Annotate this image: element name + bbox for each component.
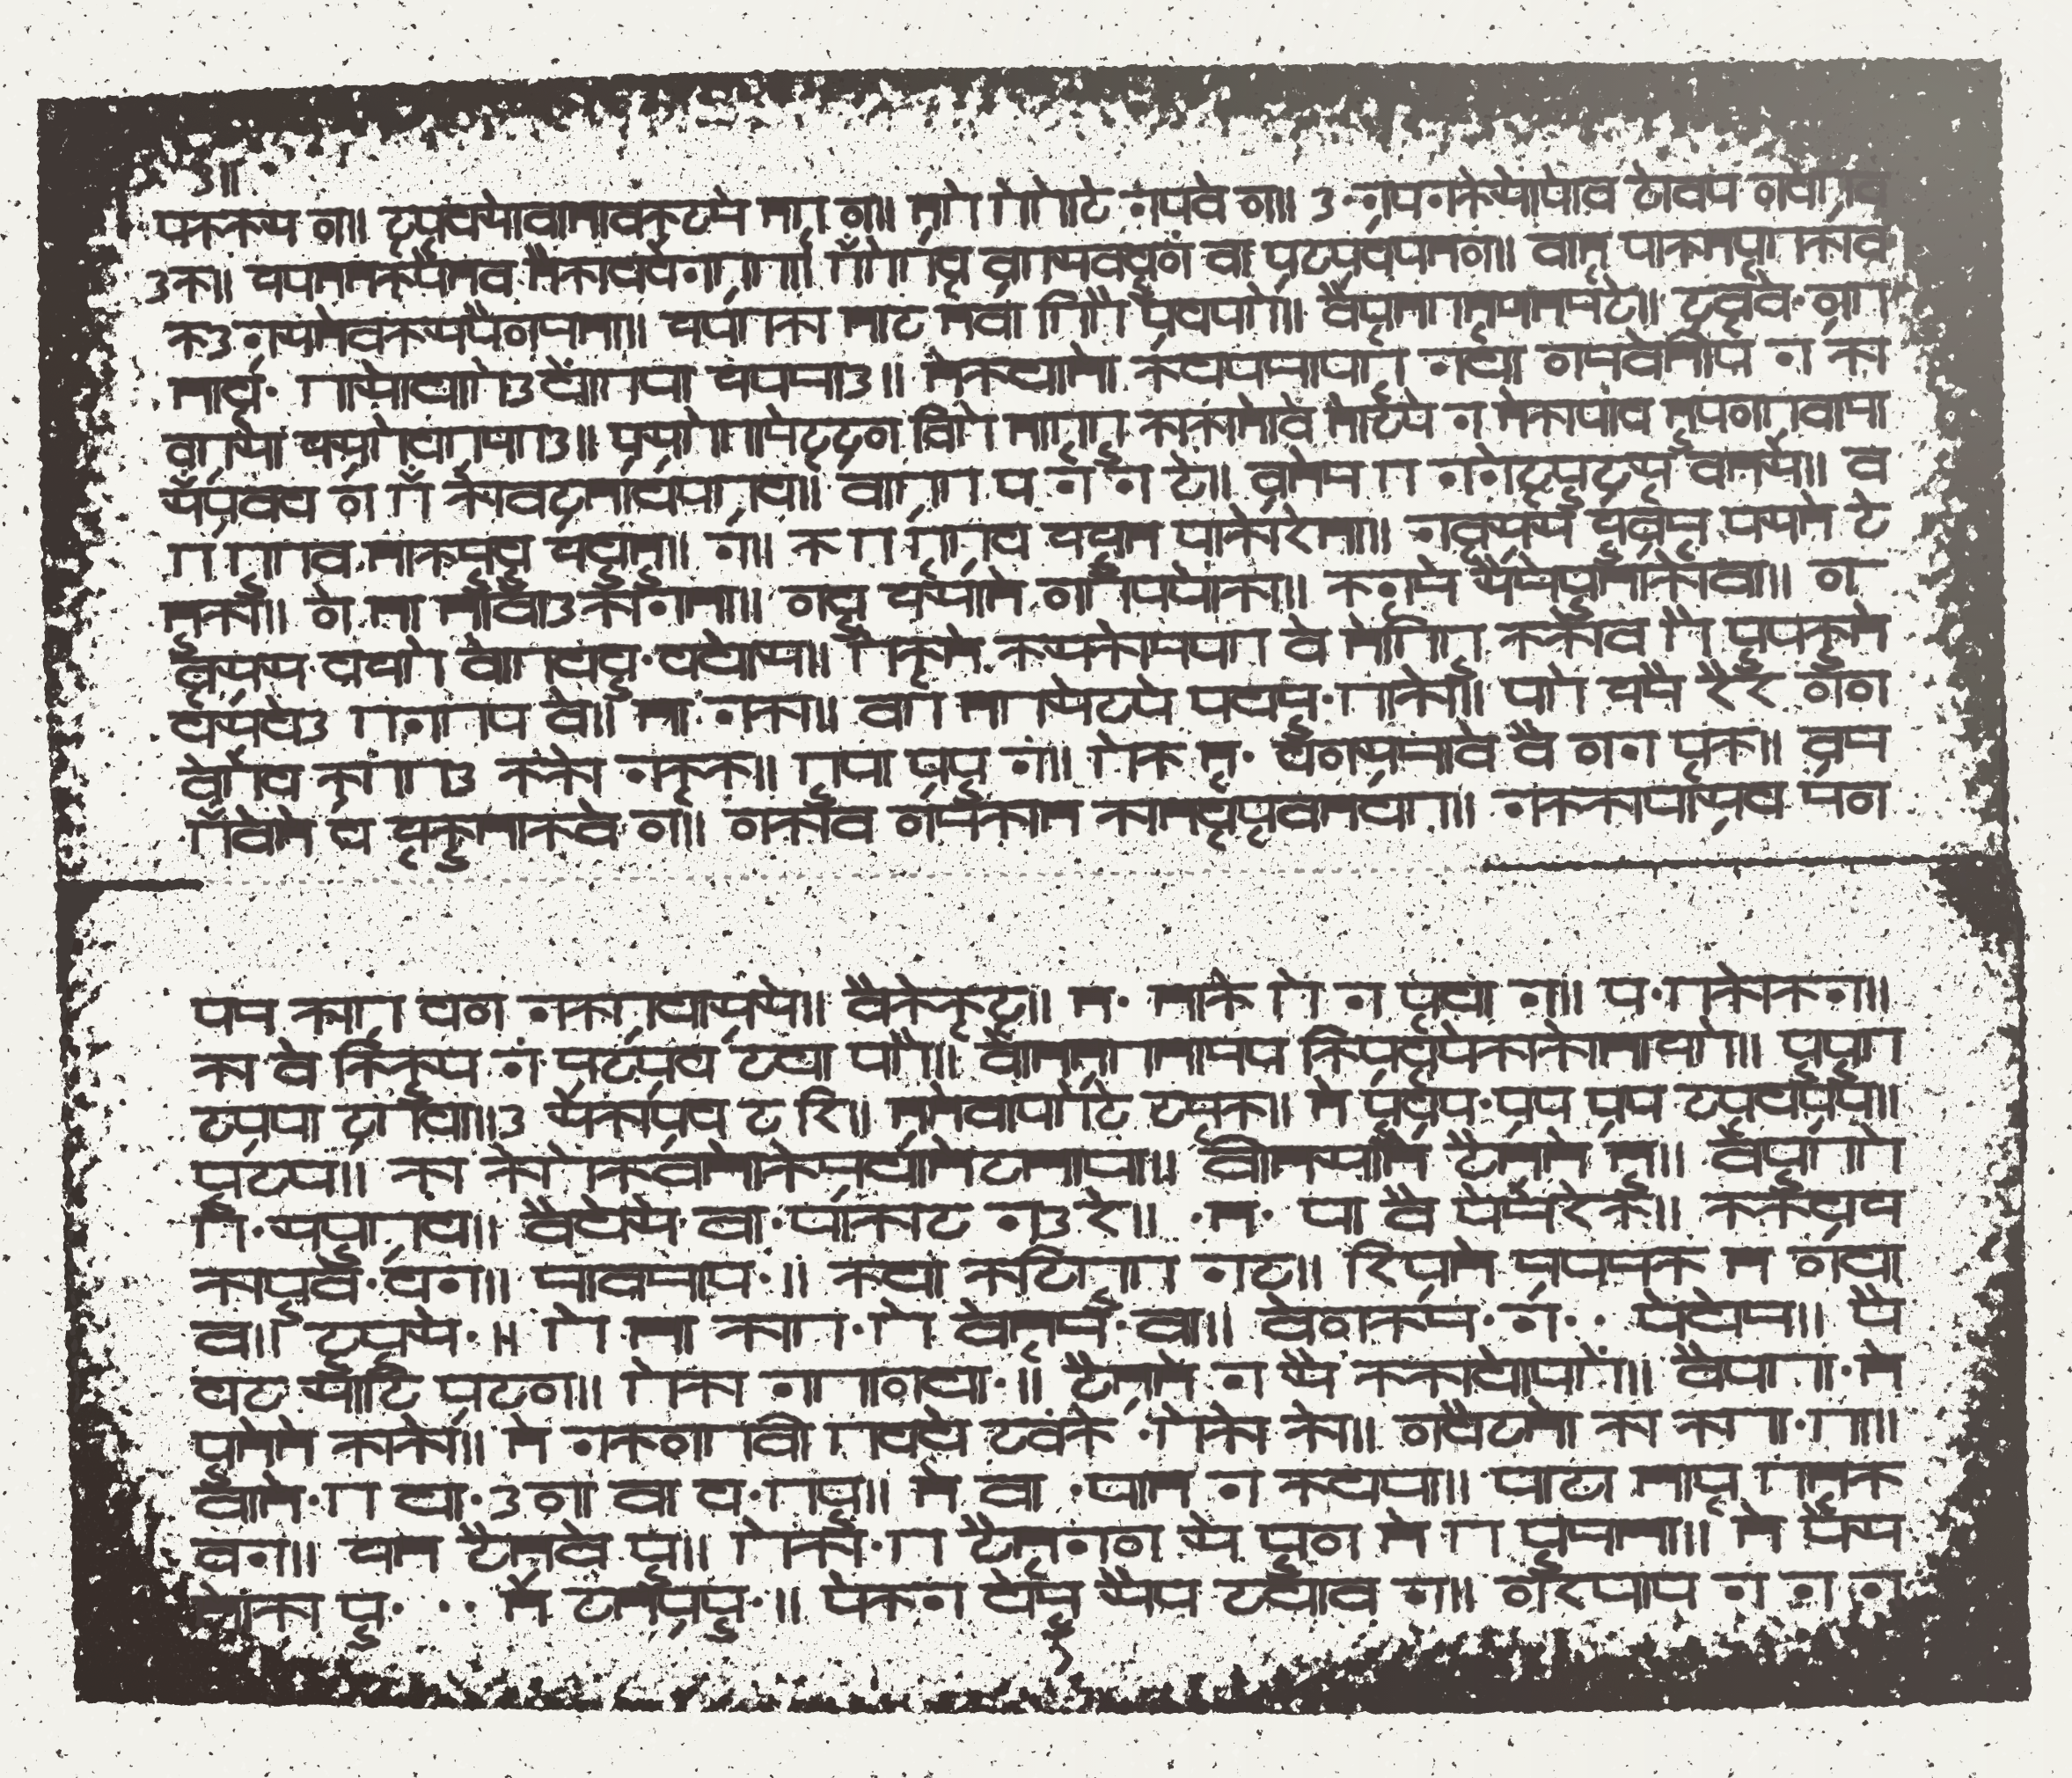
manuscript-photo: ७॥ सगगड ऐ॥ कृपुणठोमानामग्रहे नवृ ऐ॥ ल्ते… [0,0,2072,1778]
lower-folio: अस गातृ रऐ ऐगघ्राड्वे॥ मैगेगुरु॥ ल० लागे… [0,0,2072,1778]
